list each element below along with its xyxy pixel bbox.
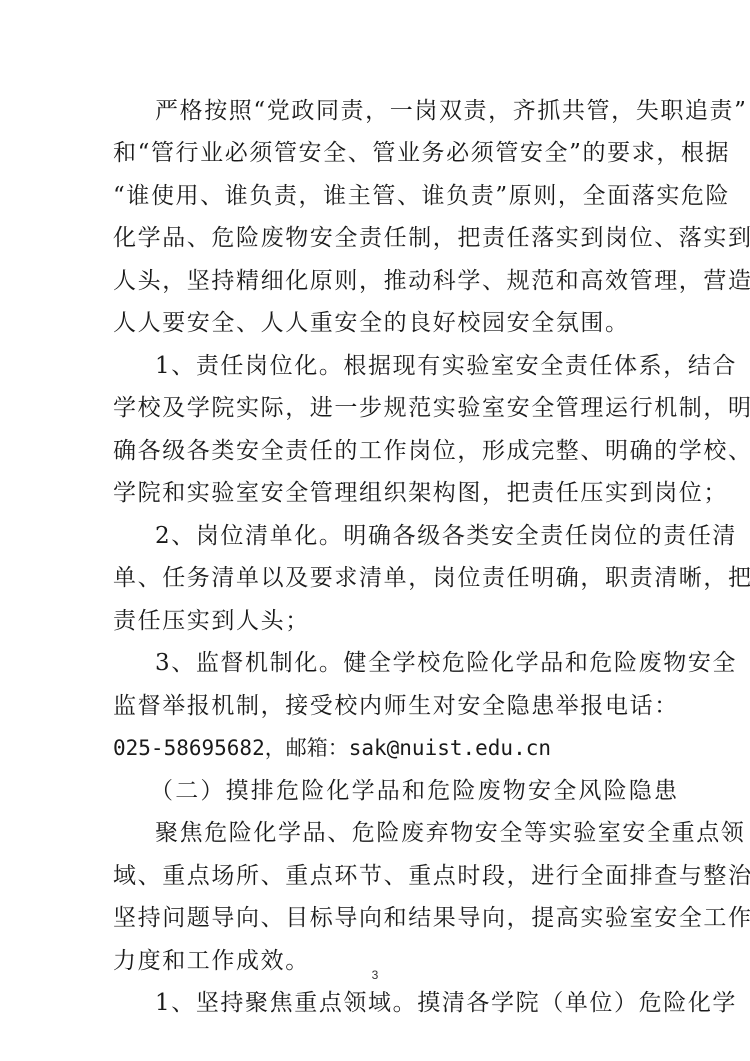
section-heading: （二）摸排危险化学品和危险废物安全风险隐患	[150, 776, 610, 806]
contact-line: 025-58695682，邮箱：sak@nuist.edu.cn	[113, 733, 635, 763]
text-line: 监督举报机制，接受校内师生对安全隐患举报电话：	[113, 691, 635, 721]
text-line: 人头，坚持精细化原则，推动科学、规范和高效管理，营造	[113, 266, 635, 296]
text-line: “谁使用、谁负责，谁主管、谁负责”原则，全面落实危险	[113, 181, 635, 211]
text-line: 和“管行业必须管安全、管业务必须管安全”的要求，根据	[113, 138, 635, 168]
text-line: 确各级各类安全责任的工作岗位，形成完整、明确的学校、	[113, 436, 635, 466]
text-line: 化学品、危险废物安全责任制，把责任落实到岗位、落实到	[113, 223, 635, 253]
text-line: 严格按照“党政同责，一岗双责，齐抓共管，失职追责”	[155, 96, 635, 126]
text-line: 学院和实验室安全管理组织架构图，把责任压实到岗位；	[113, 478, 635, 508]
text-line: 学校及学院实际，进一步规范实验室安全管理运行机制，明	[113, 393, 635, 423]
page-number: 3	[0, 968, 750, 982]
list-item-heading: 1、坚持聚焦重点领域。摸清各学院（单位）危险化学	[155, 988, 635, 1018]
text-line: 责任压实到人头；	[113, 606, 635, 636]
text-line: 聚焦危险化学品、危险废弃物安全等实验室安全重点领	[155, 818, 635, 848]
text-line: 坚持问题导向、目标导向和结果导向，提高实验室安全工作	[113, 903, 635, 933]
text-line: 域、重点场所、重点环节、重点时段，进行全面排查与整治，	[113, 861, 635, 891]
text-line: 人人要安全、人人重安全的良好校园安全氛围。	[113, 308, 635, 338]
list-item-heading: 1、责任岗位化。根据现有实验室安全责任体系，结合	[155, 351, 635, 381]
list-item-heading: 3、监督机制化。健全学校危险化学品和危险废物安全	[155, 648, 635, 678]
text-line: 单、任务清单以及要求清单，岗位责任明确，职责清晰，把	[113, 563, 635, 593]
list-item-heading: 2、岗位清单化。明确各级各类安全责任岗位的责任清	[155, 521, 635, 551]
document-page: 严格按照“党政同责，一岗双责，齐抓共管，失职追责” 和“管行业必须管安全、管业务…	[0, 0, 750, 1061]
